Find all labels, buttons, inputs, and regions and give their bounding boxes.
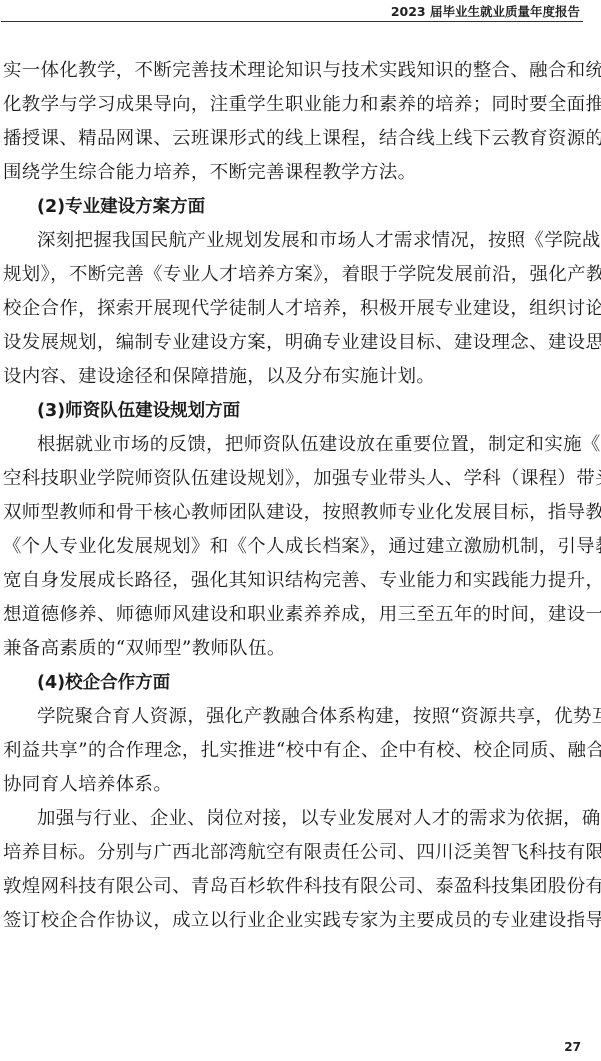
paragraph-line: 宽自身发展成长路径，强化其知识结构完善、专业能力和实践能力提升，注重思 [3, 564, 579, 598]
page-header: 2023 届毕业生就业质量年度报告 [1, 0, 583, 22]
paragraph-line: 协同育人培养体系。 [3, 768, 579, 802]
paragraph-line: 兼备高素质的“双师型”教师队伍。 [3, 632, 579, 666]
report-title: 2023 届毕业生就业质量年度报告 [391, 2, 580, 20]
paragraph-line: 空科技职业学院师资队伍建设规划》，加强专业带头人、学科（课程）带头人， [3, 462, 579, 496]
paragraph-line: 设内容、建设途径和保障措施，以及分布实施计划。 [3, 360, 579, 394]
document-body: 实一体化教学，不断完善技术理论知识与技术实践知识的整合、融合和统一，强 化教学与… [3, 54, 579, 938]
paragraph-line: 双师型教师和骨干核心教师团队建设，按照教师专业化发展目标，指导教师制定 [3, 496, 579, 530]
paragraph-line: 学院聚合育人资源，强化产教融合体系构建，按照“资源共享，优势互补， [3, 700, 579, 734]
paragraph-line: 想道德修养、师德师风建设和职业素养养成，用三至五年的时间，建设一支德才 [3, 598, 579, 632]
paragraph-line: 根据就业市场的反馈，把师资队伍建设放在重要位置，制定和实施《青岛航 [3, 428, 579, 462]
paragraph-line: 实一体化教学，不断完善技术理论知识与技术实践知识的整合、融合和统一，强 [3, 54, 579, 88]
paragraph-line: 培养目标。分别与广西北部湾航空有限责任公司、四川泛美智飞科技有限公司、 [3, 836, 579, 870]
section-heading-faculty-plan: (3)师资队伍建设规划方面 [3, 394, 579, 428]
paragraph-line: 化教学与学习成果导向，注重学生职业能力和素养的培养；同时要全面推行以主 [3, 88, 579, 122]
section-heading-major-plan: (2)专业建设方案方面 [3, 190, 579, 224]
paragraph-line: 《个人专业化发展规划》和《个人成长档案》，通过建立激励机制，引导教师拓 [3, 530, 579, 564]
section-heading-school-enterprise: (4)校企合作方面 [3, 666, 579, 700]
paragraph-line: 深刻把握我国民航产业规划发展和市场人才需求情况，按照《学院战略发展 [3, 224, 579, 258]
paragraph-line: 围绕学生综合能力培养，不断完善课程教学方法。 [3, 156, 579, 190]
paragraph-line: 校企合作，探索开展现代学徒制人才培养，积极开展专业建设，组织讨论专业建 [3, 292, 579, 326]
paragraph-line: 规划》，不断完善《专业人才培养方案》，着眼于学院发展前沿，强化产教融合、 [3, 258, 579, 292]
page-number: 27 [564, 1040, 581, 1054]
paragraph-line: 加强与行业、企业、岗位对接，以专业发展对人才的需求为依据，确定人才 [3, 802, 579, 836]
paragraph-line: 设发展规划，编制专业建设方案，明确专业建设目标、建设理念、建设思路、建 [3, 326, 579, 360]
paragraph-line: 敦煌网科技有限公司、青岛百杉软件科技有限公司、泰盈科技集团股份有限公司 [3, 870, 579, 904]
paragraph-line: 签订校企合作协议，成立以行业企业实践专家为主要成员的专业建设指导委员会， [3, 904, 579, 938]
paragraph-line: 利益共享”的合作理念，扎实推进“校中有企、企中有校、校企同质、融合发展” [3, 734, 579, 768]
paragraph-line: 播授课、精品网课、云班课形式的线上课程，结合线上线下云教育资源的应用， [3, 122, 579, 156]
